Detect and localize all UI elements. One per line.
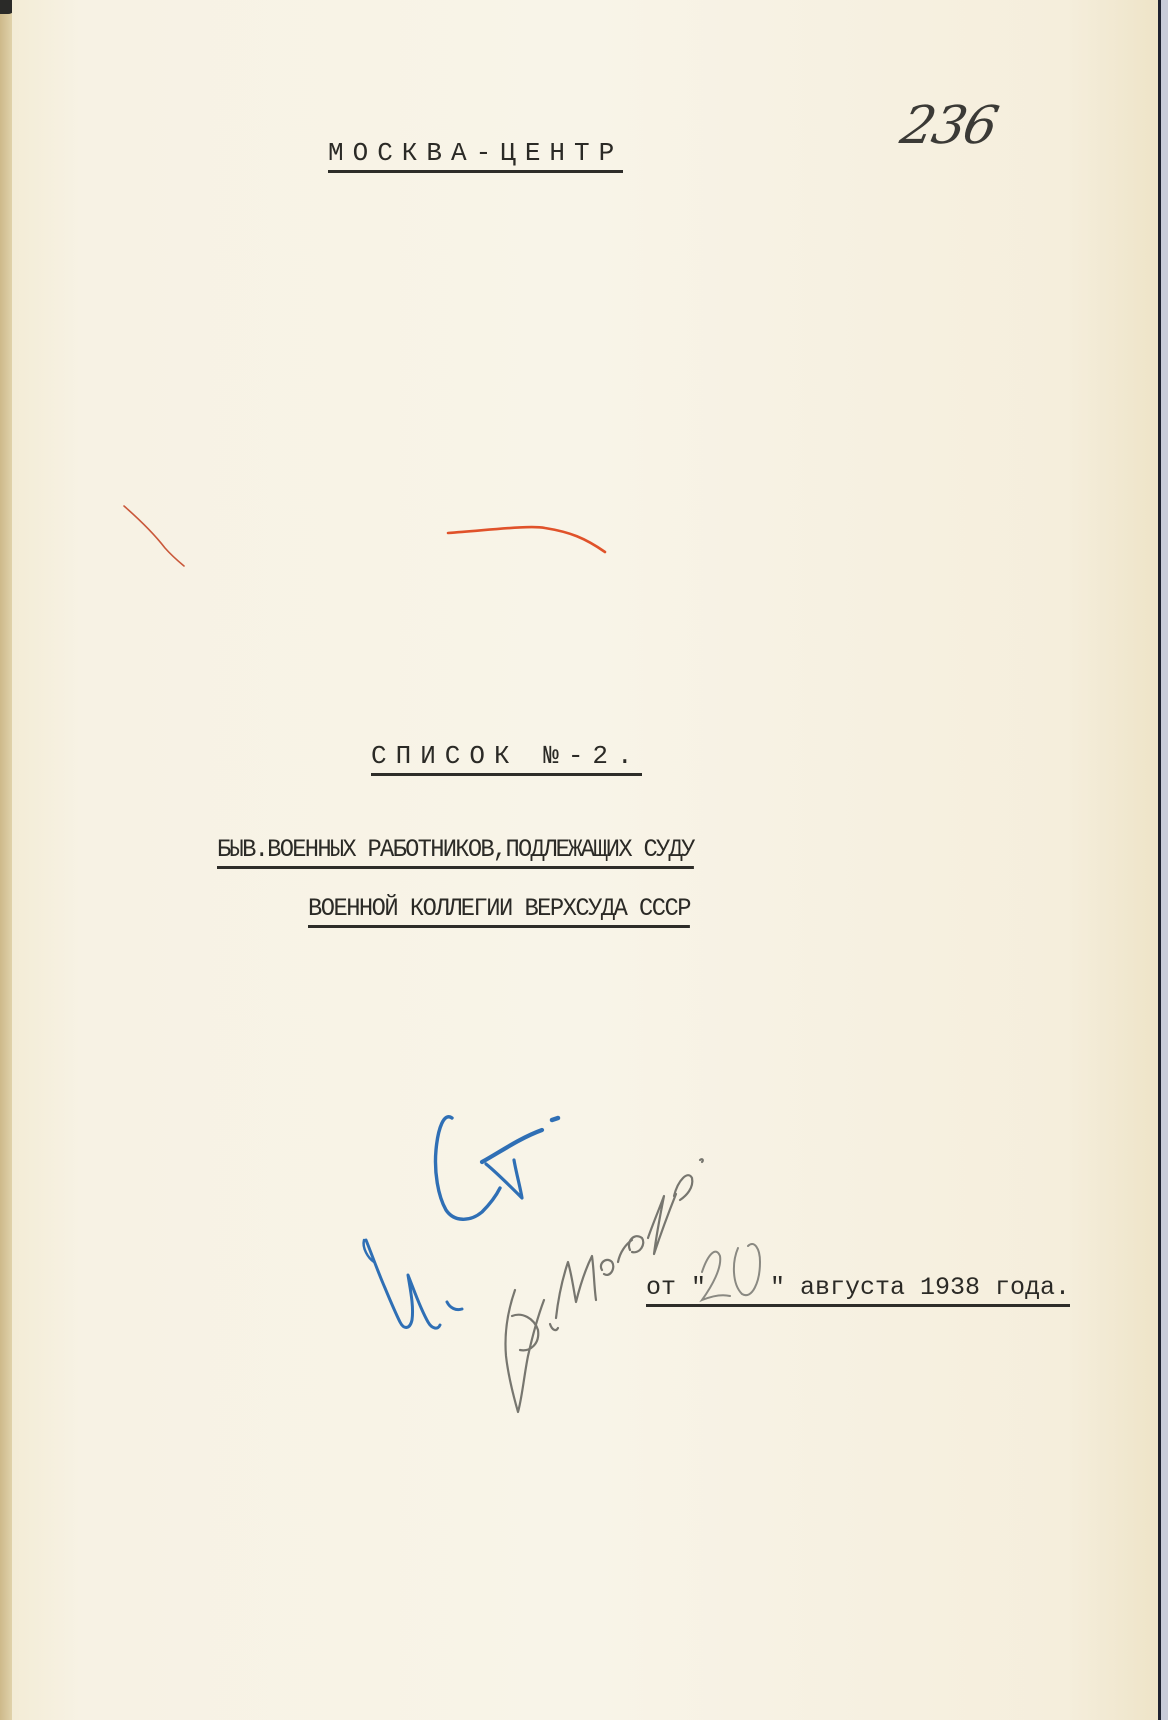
subtitle-line-1: БЫВ.ВОЕННЫХ РАБОТНИКОВ,ПОДЛЕЖАЩИХ СУДУ (217, 837, 694, 869)
date-suffix: " августа 1938 года. (770, 1273, 1070, 1302)
document-header: МОСКВА-ЦЕНТР (328, 140, 623, 173)
handwritten-page-number: 236 (896, 96, 1002, 156)
list-title: СПИСОК №-2. (371, 743, 642, 776)
subtitle-line-2: ВОЕННОЙ КОЛЛЕГИИ ВЕРХСУДА СССР (308, 896, 690, 928)
scanner-background (1161, 0, 1168, 1720)
